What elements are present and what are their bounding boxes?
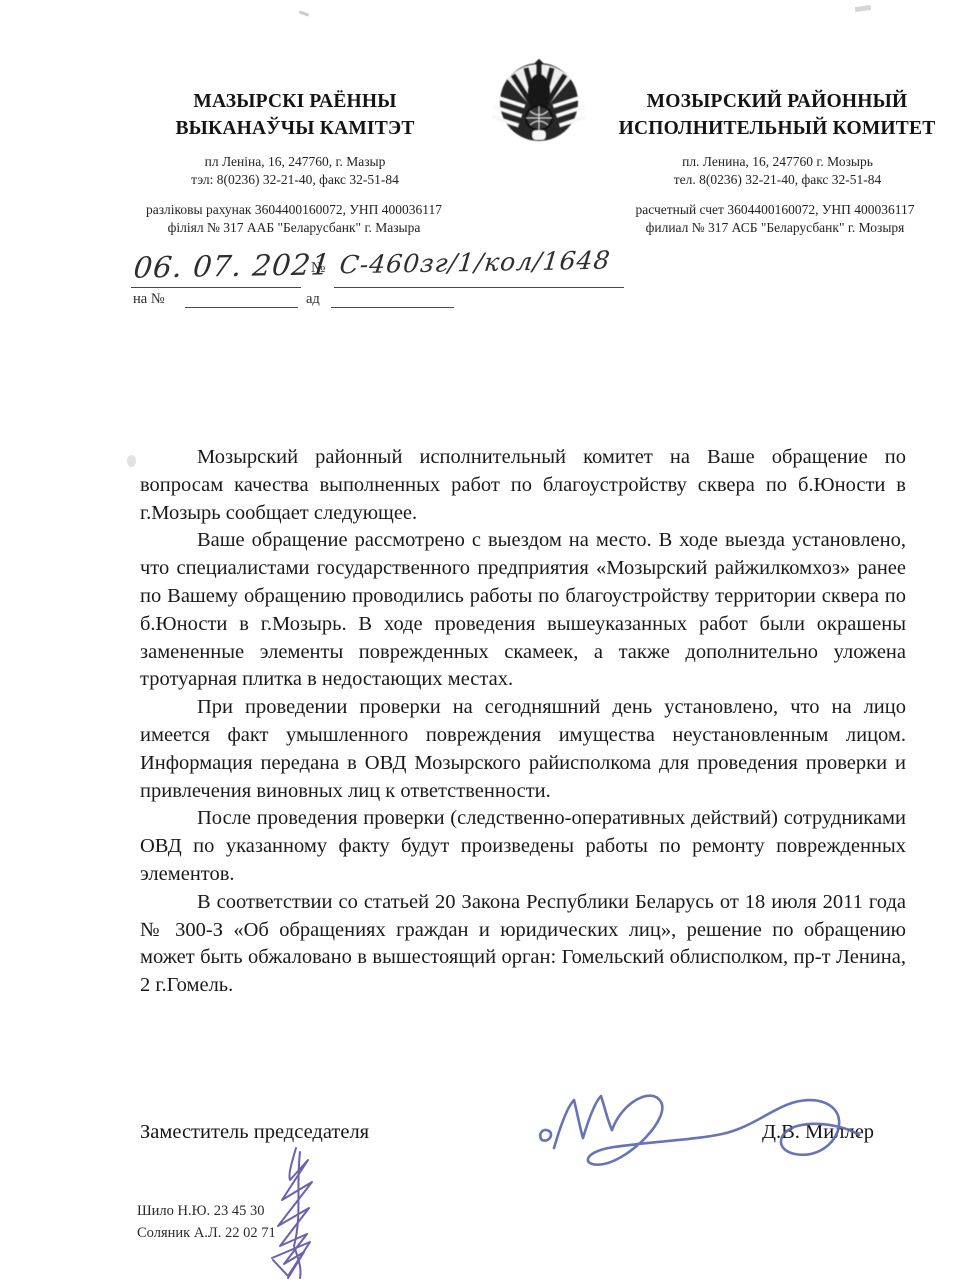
number-underline	[334, 287, 624, 288]
org-bank-left-line1: разліковы рахунак 3604400160072, УНП 400…	[118, 201, 470, 219]
from-date-label: ад	[306, 291, 320, 308]
paragraph-1: Мозырский районный исполнительный комите…	[140, 444, 906, 527]
belarus-state-emblem-icon	[492, 58, 586, 146]
org-bank-right-line1: расчетный счет 3604400160072, УНП 400036…	[600, 201, 950, 219]
reply-to-number-blank	[185, 307, 298, 308]
org-address-right: пл. Ленина, 16, 247760 г. Мозырь тел. 8(…	[625, 153, 930, 189]
executor-contact-2: Соляник А.Л. 22 02 71	[137, 1222, 276, 1244]
org-bank-right: расчетный счет 3604400160072, УНП 400036…	[600, 201, 950, 237]
date-underline	[131, 287, 301, 288]
executor-contact-1: Шило Н.Ю. 23 45 30	[137, 1200, 276, 1222]
scan-artifact	[855, 5, 872, 12]
org-bank-left-line2: філіял № 317 ААБ "Беларусбанк" г. Мазыра	[118, 219, 470, 237]
org-address-left-line2: тэл: 8(0236) 32-21-40, факс 32-51-84	[150, 171, 440, 189]
reply-to-number-label: на №	[133, 291, 165, 308]
org-bank-right-line2: филиал № 317 АСБ "Беларусбанк" г. Мозыря	[600, 219, 950, 237]
executor-contacts: Шило Н.Ю. 23 45 30 Соляник А.Л. 22 02 71	[137, 1200, 276, 1244]
signer-position-title: Заместитель председателя	[140, 1121, 369, 1144]
outgoing-date-handwritten: 06. 07. 2021	[132, 247, 332, 284]
org-title-left: МАЗЫРСКІ РАЁННЫ ВЫКАНАЎЧЫ КАМІТЭТ	[140, 88, 450, 142]
scan-artifact	[127, 455, 136, 467]
handwritten-signature-icon	[528, 1076, 873, 1188]
org-title-left-line1: МАЗЫРСКІ РАЁННЫ	[140, 88, 450, 115]
org-title-right-line1: МОЗЫРСКИЙ РАЙОННЫЙ	[608, 88, 946, 115]
org-address-left: пл Леніна, 16, 247760, г. Мазыр тэл: 8(0…	[150, 153, 440, 189]
org-bank-left: разліковы рахунак 3604400160072, УНП 400…	[118, 201, 470, 237]
number-sign-label: №	[311, 260, 325, 277]
org-address-right-line1: пл. Ленина, 16, 247760 г. Мозырь	[625, 153, 930, 171]
org-address-left-line1: пл Леніна, 16, 247760, г. Мазыр	[150, 153, 440, 171]
scanned-letter-page: МАЗЫРСКІ РАЁННЫ ВЫКАНАЎЧЫ КАМІТЭТ пл Лен…	[0, 0, 961, 1280]
letter-body: Мозырский районный исполнительный комите…	[140, 444, 906, 1000]
paragraph-2: Ваше обращение рассмотрено с выездом на …	[140, 527, 906, 694]
scan-artifact	[299, 10, 309, 16]
org-address-right-line2: тел. 8(0236) 32-21-40, факс 32-51-84	[625, 171, 930, 189]
paragraph-3: При проведении проверки на сегодняшний д…	[140, 694, 906, 805]
paragraph-5: В соответствии со статьей 20 Закона Респ…	[140, 889, 906, 1000]
org-title-left-line2: ВЫКАНАЎЧЫ КАМІТЭТ	[140, 115, 450, 142]
outgoing-number-handwritten: С-460зг/1/кол/1648	[338, 246, 612, 280]
org-title-right: МОЗЫРСКИЙ РАЙОННЫЙ ИСПОЛНИТЕЛЬНЫЙ КОМИТЕ…	[608, 88, 946, 142]
org-title-right-line2: ИСПОЛНИТЕЛЬНЫЙ КОМИТЕТ	[608, 115, 946, 142]
paragraph-4: После проведения проверки (следственно-о…	[140, 805, 906, 888]
from-date-blank	[331, 307, 454, 308]
